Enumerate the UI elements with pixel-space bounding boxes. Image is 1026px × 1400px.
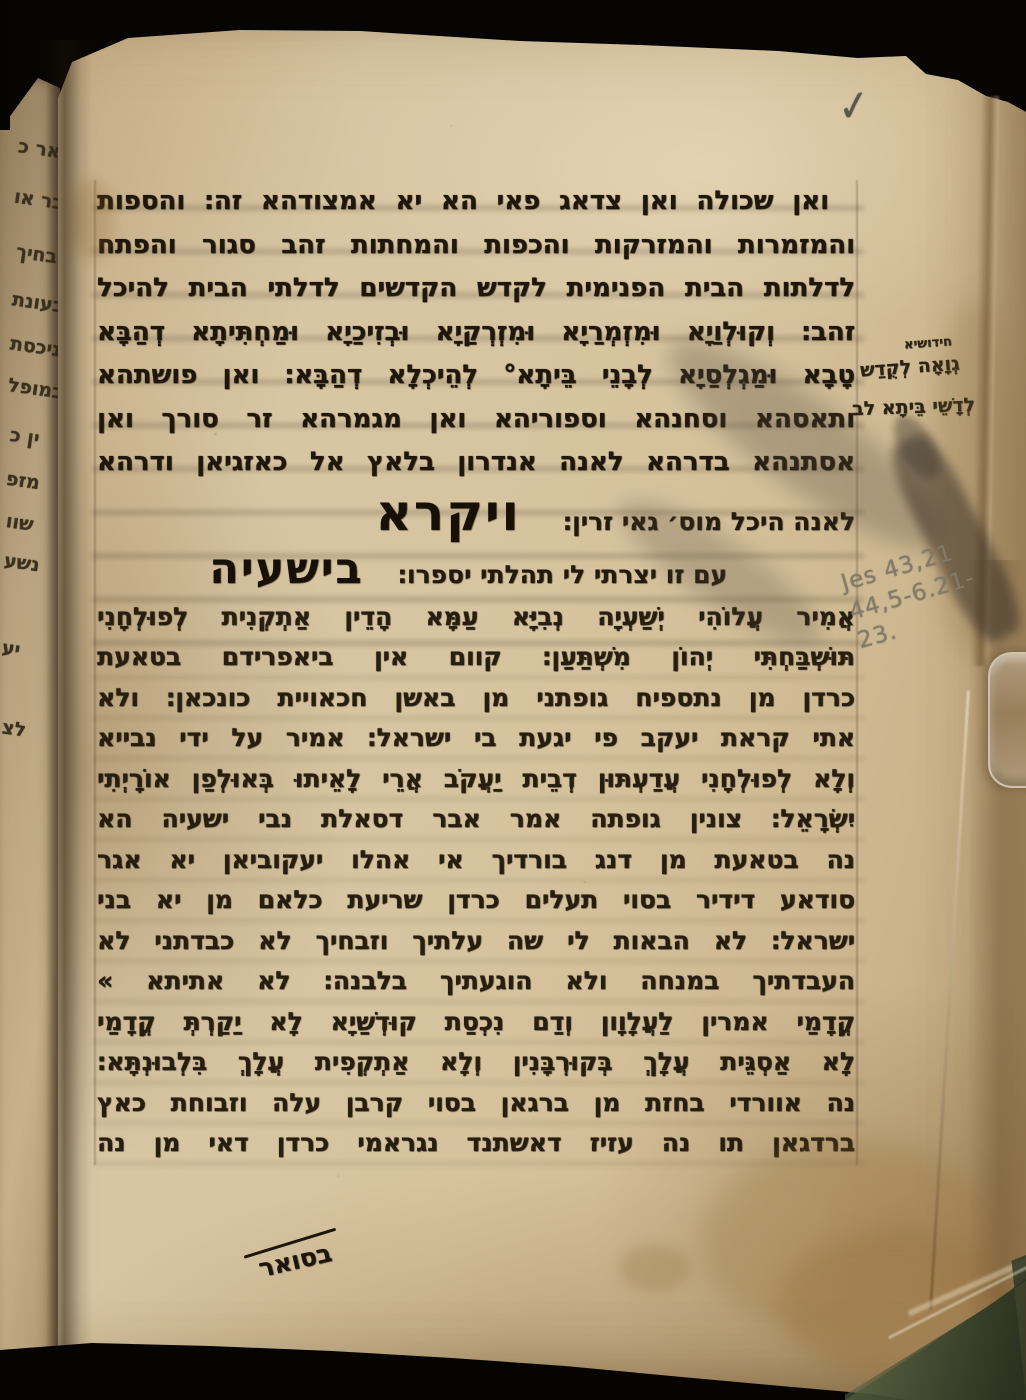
page-fragment-text: בעונת [11,288,60,317]
background-top-left [0,0,10,130]
margin-gloss-line2: לְדָשֵׁי בֵּיתָא לב [852,394,976,420]
manuscript-photo: נפיאר כ אבר או זבחיך בעונת ניכסת במופל י… [0,0,1026,1400]
manuscript-line: ואן שכולה ואן צדאג פאי הא יא אמצודהא זה׃… [97,180,855,224]
manuscript-line: אתי קראת יעקב פי יגעת בי ישראל׃ אמיר על … [97,718,855,759]
previous-page-edge: נפיאר כ אבר או זבחיך בעונת ניכסת במופל י… [0,78,60,1400]
manuscript-line: נה אוורדי בחזת מן ברגאן בסוי קרבן עלה וז… [97,1083,855,1124]
manuscript-line: נה בטאעת מן דנג בורדיך אי אהלו יעקוביאן … [97,840,855,881]
page-fragment-text: ניכסת [9,333,60,362]
manuscript-line: סודאע דידיר בסוי תעלים כרדן שריעת כלאם מ… [97,880,855,921]
heading-line-bishaya: עם זו יצרתי לי תהלתי יספרו׃ בישעיה [97,543,855,597]
manuscript-line: וְלָא לְפוּלְחָנִי עֲדַעְתּוּן דְבֵית יַ… [97,759,855,800]
manuscript-line: טָבָא וּמַגְלְסַיָא לְבָנֵי בֵּיתָא° לְה… [97,354,855,398]
heading-word-bishaya: בישעיה [209,543,363,595]
page-fragment-text: ין כ [9,424,41,450]
manuscript-line: ותאסהא וסחנהא וספוריהא ואן מגמרהא זר סור… [97,398,855,442]
page-fragment-text: יע [1,637,22,661]
main-text-block: ואן שכולה ואן צדאג פאי הא יא אמצודהא זה׃… [97,180,855,1164]
page-fragment-text: אבר או [13,186,60,217]
manuscript-line: כרדן מן נתספיח גופתני מן באשן חכאויית כו… [97,678,855,719]
manuscript-line: יִשְׂרָאֵל׃ צונין גופתה אמר אבר דסאלת נב… [97,799,855,840]
manuscript-line: ברדגאן תו נה עזיז דאשתנד נגראמי כרדן דאי… [97,1123,855,1164]
page-fragment-text: נשע [3,550,41,577]
page-fragment-text: מזפ [5,468,42,494]
page-fragment-text: לצ [1,716,28,741]
manuscript-line: תּוּשְׁבַּחְתִּי יְהוֹן מִשְׁתַּעַן׃ קוו… [97,637,855,678]
page-fragment-text: זבחיך [15,241,60,270]
manuscript-line: קֳדָמַי אמרין לַעֲלָוָון וְדַם נִכְסַת ק… [97,1002,855,1043]
page-fragment-text: שוו [5,510,35,536]
heading-word-vayikra: ויקרא [376,485,521,541]
manuscript-line: ישראל׃ לא הבאות לי שה עלתיך וזבחיך לא כב… [97,921,855,962]
manuscript-line: אֲמִיר עֲלוֹהִי יְשַׁעְיָה נְבִיָּא עַמָ… [97,597,855,638]
manuscript-line: לָא אַסְגֵּית עֲלָךְ בְּקוּרְבָּנִין וְל… [97,1042,855,1083]
page-fragment-text: נפיאר כ [17,135,60,166]
page-fragment-text: במופל [7,374,60,404]
isaiah-quote-text: עם זו יצרתי לי תהלתי יספרו׃ [398,550,727,600]
heading-line-vayikra: לאנה היכל מוס׳ גאי זרין׃ ויקרא [97,485,855,543]
heading-small-text: לאנה היכל מוס׳ גאי זרין׃ [563,497,855,547]
manuscript-line: והמזמרות והמזרקות והכפות והמחתות זהב סגו… [97,224,855,268]
manuscript-line: לדלתות הבית הפנימית לקדש הקדשים לדלתי הב… [97,267,855,311]
manuscript-line: אסתנהא בדרהא לאנה אנדרון בלאץ אל כאזגיאן… [97,441,855,485]
manuscript-line: זהב׃ וְקוּלְוַיָא וּמִזְמְרַיָא וּמִזְרְ… [97,311,855,355]
manuscript-line: העבדתיך במנחה ולא הוגעתיך בלבנה׃ לא אתית… [97,961,855,1002]
pencil-checkmark-icon: ✓ [835,79,872,133]
glass-weight-rod [988,652,1026,788]
